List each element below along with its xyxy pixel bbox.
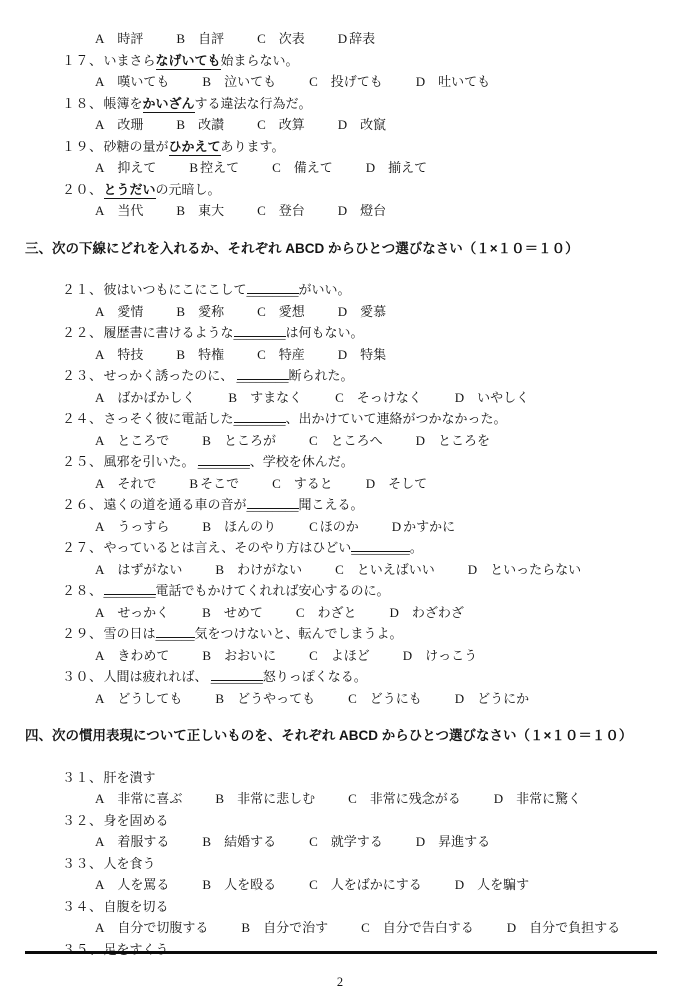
option-letter: C	[257, 114, 266, 136]
option-letter: D	[366, 473, 375, 495]
option-text: どうしても	[117, 691, 182, 706]
question-text-segment: の元暗し。	[156, 182, 221, 197]
question-number: ２７、	[62, 540, 103, 555]
option-text: 控えて	[200, 160, 239, 175]
option-text: おおいに	[224, 648, 276, 663]
option: Dどうにか	[455, 688, 529, 710]
option: A着服する	[95, 831, 169, 853]
options-line: A自分で切腹するB自分で治すC自分で告白するD自分で負担する	[95, 917, 680, 939]
option-text: はずがない	[117, 562, 182, 577]
option-letter: C	[309, 831, 318, 853]
option-letter: D	[416, 430, 425, 452]
option-text: どうにも	[370, 691, 422, 706]
option: B結婚する	[202, 831, 276, 853]
option: D燈台	[338, 200, 386, 222]
options-line: A非常に喜ぶB非常に悲しむC非常に残念がるD非常に驚く	[95, 788, 680, 810]
question-number: ２５、	[62, 454, 103, 469]
blank-line: ________	[104, 581, 156, 595]
option-letter: C	[309, 645, 318, 667]
blank-line: ________	[211, 667, 263, 681]
question-number: １９、	[62, 139, 103, 154]
option: Aはずがない	[95, 559, 182, 581]
option: D特集	[338, 344, 386, 366]
option-letter: B	[215, 788, 224, 810]
blank-line: _________	[351, 538, 410, 552]
question-number: ２３、	[62, 368, 103, 383]
option-letter: A	[95, 874, 104, 896]
option: D自分で負担する	[507, 917, 620, 939]
question-text-segment: 砂糖の量が	[104, 139, 169, 154]
question-line: ２９、雪の日は______気をつけないと、転んでしまうよ。	[62, 623, 680, 645]
option: Dけっこう	[403, 645, 477, 667]
option-letter: C	[309, 874, 318, 896]
option-letter: B	[176, 301, 185, 323]
option-letter: C	[348, 788, 357, 810]
question-text-segment: やっているとは言え、そのやり方はひどい	[104, 540, 352, 555]
option-text: 改讃	[198, 117, 224, 132]
option: D辞表	[338, 28, 375, 50]
option-letter: D	[455, 387, 464, 409]
option: Bわけがない	[215, 559, 302, 581]
question-text-segment: 気をつけないと、転んでしまうよ。	[195, 626, 403, 641]
option: Dところを	[416, 430, 490, 452]
question-line: ２４、さっそく彼に電話した________、出かけていて連絡がつかなかった。	[62, 408, 680, 430]
question-text-segment: 帳簿を	[104, 96, 143, 111]
option: Cわざと	[296, 602, 357, 624]
option: Dそして	[366, 473, 427, 495]
option: Aところで	[95, 430, 169, 452]
option-text: けっこう	[425, 648, 477, 663]
option-text: せめて	[224, 605, 263, 620]
question-text-segment: 始まらない。	[221, 53, 299, 68]
option: C自分で告白する	[361, 917, 474, 939]
option: Cほのか	[309, 516, 359, 538]
blank-line: ________	[234, 409, 286, 423]
option-text: ところで	[117, 433, 169, 448]
option: A時評	[95, 28, 143, 50]
question-number: ２４、	[62, 411, 103, 426]
blank-line: ________	[247, 495, 299, 509]
option: C非常に残念がる	[348, 788, 461, 810]
option-text: そこで	[200, 476, 239, 491]
question-line: ３０、人間は疲れれば、 ________怒りっぽくなる。	[62, 666, 680, 688]
option-text: 着服する	[117, 834, 169, 849]
option-text: 結婚する	[224, 834, 276, 849]
question-text-segment: 電話でもかけてくれれば安心するのに。	[156, 583, 390, 598]
question-line: １９、砂糖の量がひかえてあります。	[62, 136, 680, 158]
question-text-segment: あります。	[221, 139, 285, 154]
option-letter: B	[202, 71, 211, 93]
options-line: A当代B東大C登台D燈台	[95, 200, 680, 222]
option-text: そっけなく	[357, 390, 422, 405]
question-text-segment: 。	[410, 540, 423, 555]
question-line: ２７、やっているとは言え、そのやり方はひどい_________。	[62, 537, 680, 559]
option: B東大	[176, 200, 224, 222]
option-letter: A	[95, 645, 104, 667]
option-text: ほんのり	[224, 519, 276, 534]
option-letter: D	[366, 157, 375, 179]
options-line: A抑えてB控えてC備えてD揃えて	[95, 157, 680, 179]
option-letter: C	[309, 430, 318, 452]
question-number: ３５、	[62, 942, 103, 957]
question-text-segment: は何もない。	[286, 325, 364, 340]
question-line: ３５、足をすくう	[62, 939, 680, 961]
exam-body: A時評B自評C次表D辞表１７、いまさらなげいても始まらない。A嘆いてもB泣いても…	[0, 28, 680, 960]
options-line: AそれでBそこでCするとDそして	[95, 473, 680, 495]
question-text-segment: 履歴書に書けるような	[104, 325, 234, 340]
exam-page: A時評B自評C次表D辞表１７、いまさらなげいても始まらない。A嘆いてもB泣いても…	[0, 0, 680, 1003]
option-text: 特産	[279, 347, 305, 362]
option: D人を騙す	[455, 874, 529, 896]
option: B泣いても	[202, 71, 276, 93]
option: B愛称	[176, 301, 224, 323]
option-text: 愛称	[198, 304, 224, 319]
option-letter: B	[202, 430, 211, 452]
option-text: 昇進する	[438, 834, 490, 849]
option-text: 非常に残念がる	[370, 791, 461, 806]
option-text: 揃えて	[388, 160, 427, 175]
option-letter: B	[228, 387, 237, 409]
question-text-segment: 聞こえる。	[299, 497, 364, 512]
option: D愛慕	[338, 301, 386, 323]
option-text: どうにか	[477, 691, 529, 706]
option: Cといえばいい	[335, 559, 435, 581]
option-text: 改竄	[360, 117, 386, 132]
option: D改竄	[338, 114, 386, 136]
option: B非常に悲しむ	[215, 788, 315, 810]
option-text: 自分で切腹する	[117, 920, 208, 935]
blank-line: ________	[198, 452, 250, 466]
option: D非常に驚く	[494, 788, 581, 810]
option-letter: C	[257, 301, 266, 323]
option-text: それで	[117, 476, 156, 491]
option-letter: B	[176, 344, 185, 366]
option: C特産	[257, 344, 305, 366]
option-letter: B	[189, 157, 198, 179]
option: Bせめて	[202, 602, 263, 624]
option-letter: A	[95, 344, 104, 366]
option-text: わざと	[318, 605, 357, 620]
question-number: ２２、	[62, 325, 103, 340]
option-letter: B	[176, 200, 185, 222]
option-letter: D	[392, 516, 401, 538]
option-letter: C	[348, 688, 357, 710]
options-line: A改珊B改讃C改算D改竄	[95, 114, 680, 136]
option-text: 投げても	[331, 74, 383, 89]
option-text: 時評	[117, 31, 143, 46]
option-letter: C	[309, 71, 318, 93]
option: A当代	[95, 200, 143, 222]
option-text: 人を罵る	[117, 877, 169, 892]
question-line: ２０、とうだいの元暗し。	[62, 179, 680, 201]
option: Aきわめて	[95, 645, 169, 667]
blank-line: ________	[234, 323, 286, 337]
options-line: A嘆いてもB泣いてもC投げてもD吐いても	[95, 71, 680, 93]
option-letter: C	[272, 473, 281, 495]
option-letter: A	[95, 114, 104, 136]
question-number: １７、	[62, 53, 103, 68]
page-number: 2	[0, 975, 680, 990]
option: A嘆いても	[95, 71, 169, 93]
option: Bほんのり	[202, 516, 276, 538]
question-text-segment: 自腹を切る	[104, 899, 169, 914]
option: Dかすかに	[392, 516, 455, 538]
options-line: AどうしてもBどうやってもCどうにもDどうにか	[95, 688, 680, 710]
option-text: 人をばかにする	[331, 877, 422, 892]
option: B人を殴る	[202, 874, 276, 896]
underlined-term: とうだい	[104, 182, 156, 199]
question-line: ２５、風邪を引いた。 ________、学校を休んだ。	[62, 451, 680, 473]
option-text: きわめて	[117, 648, 169, 663]
option-letter: B	[202, 874, 211, 896]
option: D吐いても	[416, 71, 490, 93]
question-text-segment: 足をすくう	[104, 942, 169, 957]
question-number: ３３、	[62, 856, 103, 871]
option-text: ほのか	[320, 519, 359, 534]
question-text-segment: 怒りっぽくなる。	[263, 669, 367, 684]
option: Aせっかく	[95, 602, 169, 624]
option-text: 改珊	[117, 117, 143, 132]
options-line: AばかばかしくBすまなくCそっけなくDいやしく	[95, 387, 680, 409]
option-letter: C	[257, 200, 266, 222]
option-text: うっすら	[117, 519, 169, 534]
question-line: １８、帳簿をかいざんする違法な行為だ。	[62, 93, 680, 115]
option-letter: C	[361, 917, 370, 939]
option-letter: A	[95, 788, 104, 810]
options-line: AところでBところがCところへDところを	[95, 430, 680, 452]
options-line: A愛情B愛称C愛想D愛慕	[95, 301, 680, 323]
option-text: 東大	[198, 203, 224, 218]
option: B改讃	[176, 114, 224, 136]
option-letter: D	[338, 114, 347, 136]
question-text-segment: 肝を潰す	[104, 770, 156, 785]
option-text: 愛想	[279, 304, 305, 319]
option-text: 就学する	[331, 834, 383, 849]
option-text: 愛情	[117, 304, 143, 319]
options-line: A人を罵るB人を殴るC人をばかにするD人を騙す	[95, 874, 680, 896]
section-header: 四、次の慣用表現について正しいものを、それぞれ ABCD からひとつ選びなさい（…	[25, 725, 680, 747]
option: Bすまなく	[228, 387, 302, 409]
blank-line: ________	[247, 280, 299, 294]
option-letter: A	[95, 602, 104, 624]
option-letter: D	[455, 874, 464, 896]
option-letter: A	[95, 200, 104, 222]
option: A非常に喜ぶ	[95, 788, 182, 810]
option-letter: D	[494, 788, 503, 810]
option-text: 愛慕	[360, 304, 386, 319]
option-letter: D	[403, 645, 412, 667]
option: Bそこで	[189, 473, 239, 495]
question-text-segment: する違法な行為だ。	[195, 96, 312, 111]
option-text: 非常に驚く	[516, 791, 581, 806]
option-text: 非常に悲しむ	[237, 791, 315, 806]
question-text-segment: 身を固める	[104, 813, 169, 828]
option: Dといったらない	[468, 559, 581, 581]
option-text: ところを	[438, 433, 490, 448]
option-letter: D	[338, 301, 347, 323]
options-line: A着服するB結婚するC就学するD昇進する	[95, 831, 680, 853]
option: C就学する	[309, 831, 383, 853]
option: Cよほど	[309, 645, 370, 667]
option-letter: A	[95, 831, 104, 853]
question-line: ２６、遠くの道を通る車の音が________聞こえる。	[62, 494, 680, 516]
question-text-segment: 風邪を引いた。	[104, 454, 198, 469]
option-text: 自分で治す	[263, 920, 328, 935]
option-text: 抑えて	[117, 160, 156, 175]
underlined-term: ひかえて	[169, 139, 221, 156]
option-text: 吐いても	[438, 74, 490, 89]
option-text: 当代	[117, 203, 143, 218]
question-number: ２１、	[62, 282, 103, 297]
option: Aそれで	[95, 473, 156, 495]
option-text: 特集	[360, 347, 386, 362]
option-text: 備えて	[294, 160, 333, 175]
option-letter: C	[257, 344, 266, 366]
options-line: A特技B特権C特産D特集	[95, 344, 680, 366]
option: C備えて	[272, 157, 333, 179]
blank-line: ________	[237, 366, 289, 380]
option-text: わけがない	[237, 562, 302, 577]
option-letter: B	[176, 114, 185, 136]
option-text: 自分で負担する	[529, 920, 620, 935]
option: A自分で切腹する	[95, 917, 208, 939]
question-text-segment: いまさら	[104, 53, 156, 68]
option: Bどうやっても	[215, 688, 315, 710]
option-letter: B	[189, 473, 198, 495]
option: Cどうにも	[348, 688, 422, 710]
option-text: 非常に喜ぶ	[117, 791, 182, 806]
option: C次表	[257, 28, 305, 50]
option-text: せっかく	[117, 605, 169, 620]
question-text-segment: さっそく彼に電話した	[104, 411, 234, 426]
question-number: １８、	[62, 96, 103, 111]
option-letter: A	[95, 430, 104, 452]
option-text: 人を騙す	[477, 877, 529, 892]
option: C投げても	[309, 71, 383, 93]
option-letter: D	[338, 200, 347, 222]
option: D揃えて	[366, 157, 427, 179]
option-letter: A	[95, 157, 104, 179]
option-letter: C	[335, 559, 344, 581]
option: Aうっすら	[95, 516, 169, 538]
section-header: 三、次の下線にどれを入れるか、それぞれ ABCD からひとつ選びなさい（１×１０…	[25, 238, 680, 260]
question-text-segment: がいい。	[299, 282, 351, 297]
option-letter: A	[95, 917, 104, 939]
options-line: A時評B自評C次表D辞表	[95, 28, 680, 50]
option-letter: B	[202, 602, 211, 624]
option: A抑えて	[95, 157, 156, 179]
question-text-segment: 断られた。	[289, 368, 354, 383]
option-letter: A	[95, 28, 104, 50]
option-text: 泣いても	[224, 74, 276, 89]
option-text: すまなく	[250, 390, 302, 405]
option-text: 人を殴る	[224, 877, 276, 892]
question-text-segment: 人を食う	[104, 856, 156, 871]
option: Dいやしく	[455, 387, 529, 409]
option-letter: B	[215, 688, 224, 710]
option-letter: B	[202, 831, 211, 853]
blank-line: ______	[156, 624, 195, 638]
question-number: ３０、	[62, 669, 103, 684]
question-line: ２８、________電話でもかけてくれれば安心するのに。	[62, 580, 680, 602]
option-letter: D	[507, 917, 516, 939]
question-text-segment: せっかく誘ったのに、	[104, 368, 237, 383]
option-letter: A	[95, 387, 104, 409]
option-letter: D	[416, 831, 425, 853]
question-text-segment: 、学校を休んだ。	[250, 454, 354, 469]
option-letter: B	[202, 645, 211, 667]
option-text: ところへ	[331, 433, 383, 448]
question-text-segment: 遠くの道を通る車の音が	[104, 497, 247, 512]
question-number: ２０、	[62, 182, 103, 197]
option-text: 自分で告白する	[383, 920, 474, 935]
question-line: ２１、彼はいつもにこにこして________がいい。	[62, 279, 680, 301]
question-text-segment: 人間は疲れれば、	[104, 669, 211, 684]
option-text: 辞表	[349, 31, 375, 46]
option-text: よほど	[331, 648, 370, 663]
option-letter: C	[257, 28, 266, 50]
option: Cところへ	[309, 430, 383, 452]
underlined-term: かいざん	[143, 96, 195, 113]
option-letter: D	[390, 602, 399, 624]
option-letter: A	[95, 516, 104, 538]
question-line: １７、いまさらなげいても始まらない。	[62, 50, 680, 72]
option: B自評	[176, 28, 224, 50]
options-line: AうっすらBほんのりCほのかDかすかに	[95, 516, 680, 538]
option: C人をばかにする	[309, 874, 422, 896]
question-line: ３２、身を固める	[62, 810, 680, 832]
options-line: AきわめてBおおいにCよほどDけっこう	[95, 645, 680, 667]
option-letter: B	[202, 516, 211, 538]
option-text: すると	[294, 476, 333, 491]
footer-rule	[25, 951, 657, 954]
option-text: そして	[388, 476, 427, 491]
option-letter: C	[272, 157, 281, 179]
question-line: ２２、履歴書に書けるような________は何もない。	[62, 322, 680, 344]
option-letter: D	[338, 28, 347, 50]
option-text: といったらない	[490, 562, 581, 577]
question-number: ２８、	[62, 583, 103, 598]
option-letter: D	[338, 344, 347, 366]
option: Cすると	[272, 473, 333, 495]
option-letter: D	[455, 688, 464, 710]
option-text: 嘆いても	[117, 74, 169, 89]
option: B特権	[176, 344, 224, 366]
option: A改珊	[95, 114, 143, 136]
option-letter: B	[176, 28, 185, 50]
option: A特技	[95, 344, 143, 366]
option: Dわざわざ	[390, 602, 464, 624]
option-letter: C	[296, 602, 305, 624]
option-text: 特権	[198, 347, 224, 362]
options-line: AはずがないBわけがないCといえばいいDといったらない	[95, 559, 680, 581]
option: B自分で治す	[241, 917, 328, 939]
option: C愛想	[257, 301, 305, 323]
question-text-segment: 、出かけていて連絡がつかなかった。	[286, 411, 507, 426]
option-letter: D	[468, 559, 477, 581]
option: C登台	[257, 200, 305, 222]
option-text: わざわざ	[412, 605, 464, 620]
question-line: ３３、人を食う	[62, 853, 680, 875]
option-text: かすかに	[403, 519, 455, 534]
option-text: といえばいい	[357, 562, 435, 577]
option-letter: A	[95, 688, 104, 710]
question-number: ３２、	[62, 813, 103, 828]
option: A愛情	[95, 301, 143, 323]
option-text: いやしく	[477, 390, 529, 405]
option-text: 次表	[279, 31, 305, 46]
option-letter: A	[95, 473, 104, 495]
